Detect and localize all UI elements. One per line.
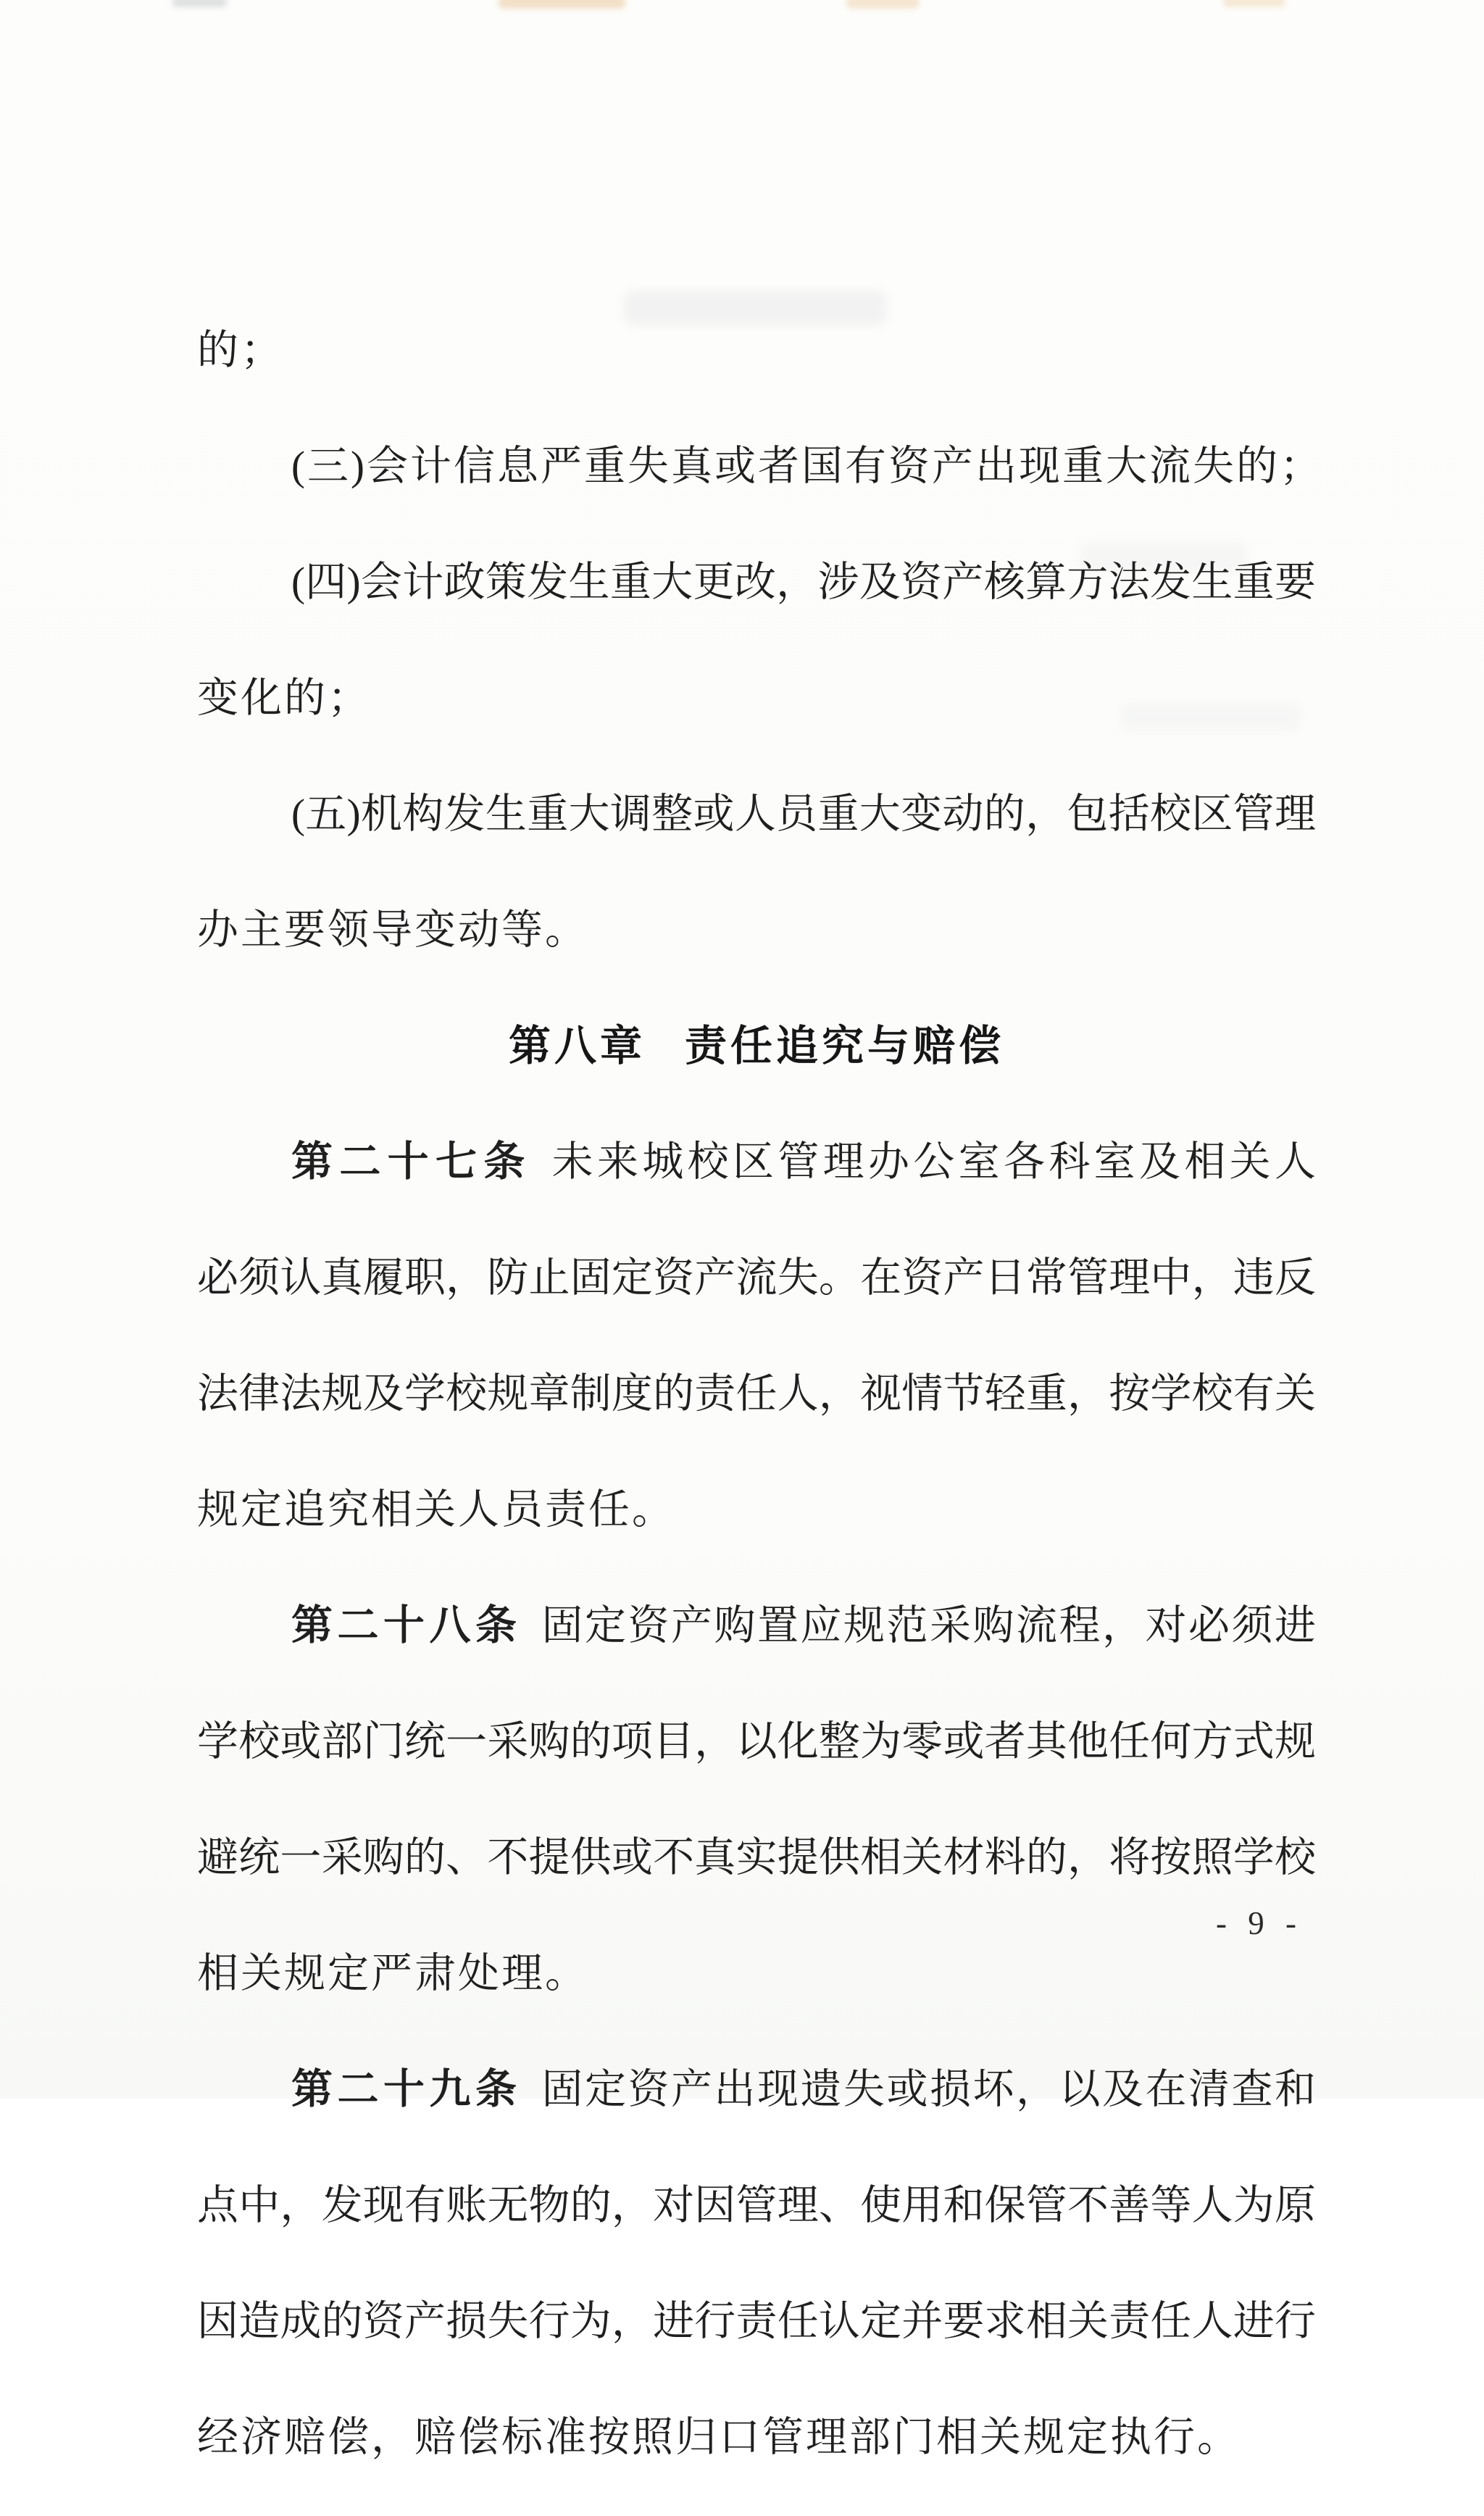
page-number: - 9 - [1194, 1904, 1325, 1942]
scan-artifact [172, 0, 227, 7]
article-27-line-3: 法律法规及学校规章制度的责任人，视情节轻重，按学校有关 [197, 1357, 1316, 1431]
scan-artifact [1223, 0, 1285, 7]
article-28-number: 第二十八条 [291, 1602, 522, 1649]
article-27-line-4: 规定追究相关人员责任。 [197, 1472, 1316, 1547]
clause-continuation-line: 的； [197, 313, 1316, 388]
clause-item-4-line-2: 变化的； [197, 661, 1316, 736]
document-body: 的； (三)会计信息严重失真或者国有资产出现重大流失的； (四)会计政策发生重大… [197, 272, 1316, 2099]
article-27-number: 第二十七条 [291, 1138, 532, 1185]
article-28-line-4: 相关规定严肃处理。 [197, 1936, 1316, 2011]
article-29-number: 第二十九条 [291, 2066, 522, 2099]
clause-item-4-line-1: (四)会计政策发生重大更改，涉及资产核算方法发生重要 [197, 545, 1316, 620]
chapter-heading: 第八章责任追究与赔偿 [197, 1009, 1316, 1083]
clause-item-3: (三)会计信息严重失真或者国有资产出现重大流失的； [197, 429, 1316, 504]
article-27-line-1: 第二十七条未来城校区管理办公室各科室及相关人员， [197, 1125, 1316, 1199]
document-page: 的； (三)会计信息严重失真或者国有资产出现重大流失的； (四)会计政策发生重大… [0, 0, 1484, 2099]
article-29-line-1: 第二十九条固定资产出现遗失或损坏，以及在清查和盘 [197, 2052, 1316, 2099]
clause-item-5-line-2: 办主要领导变动等。 [197, 893, 1316, 967]
scan-artifact [499, 0, 625, 9]
chapter-number: 第八章 [509, 1022, 646, 1070]
chapter-title: 责任追究与赔偿 [685, 1022, 1004, 1070]
clause-item-5-line-1: (五)机构发生重大调整或人员重大变动的，包括校区管理 [197, 777, 1316, 851]
article-28-line-3: 避统一采购的、不提供或不真实提供相关材料的，将按照学校 [197, 1820, 1316, 1895]
scan-artifact [846, 0, 919, 9]
article-28-line-1: 第二十八条固定资产购置应规范采购流程，对必须进行 [197, 1588, 1316, 1663]
article-27-line-2: 必须认真履职，防止固定资产流失。在资产日常管理中，违反 [197, 1241, 1316, 1315]
article-28-line-2: 学校或部门统一采购的项目，以化整为零或者其他任何方式规 [197, 1704, 1316, 1779]
